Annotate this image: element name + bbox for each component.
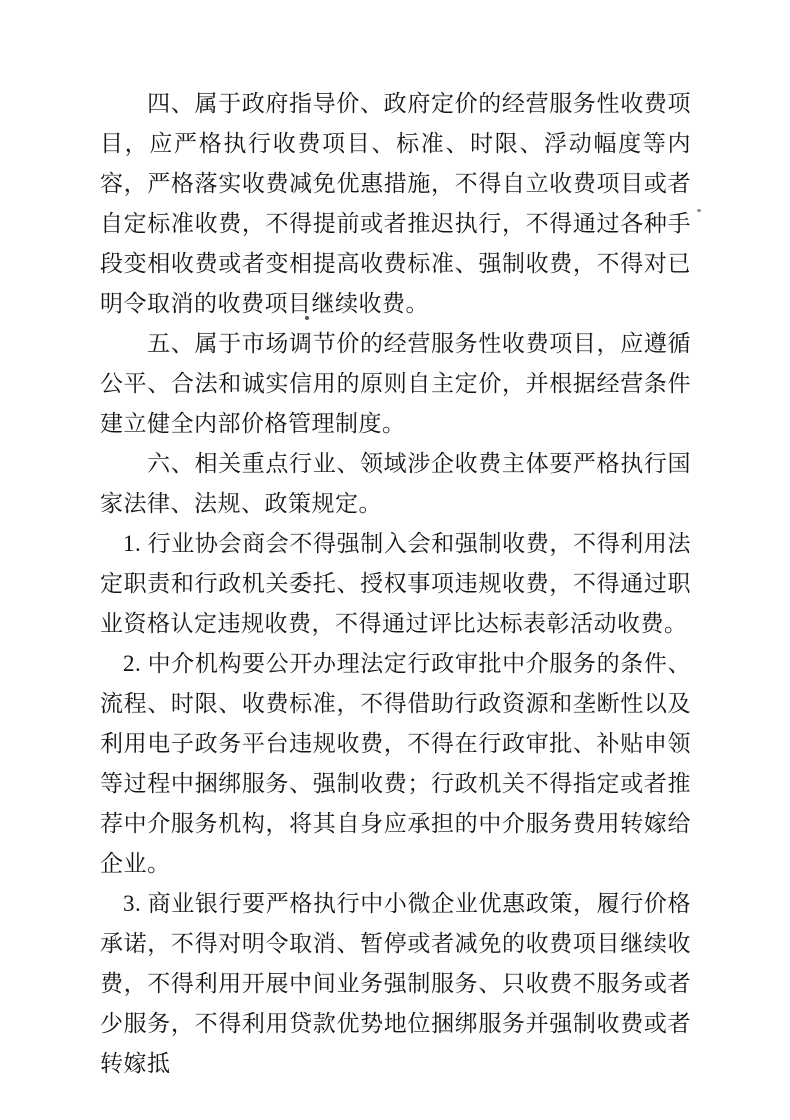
scan-speck	[305, 316, 309, 320]
document-text-block: 四、属于政府指导价、政府定价的经营服务性收费项目，应严格执行收费项目、标准、时限…	[100, 84, 691, 1084]
paragraph-clause-4: 四、属于政府指导价、政府定价的经营服务性收费项目，应严格执行收费项目、标准、时限…	[100, 84, 691, 324]
paragraph-clause-5: 五、属于市场调节价的经营服务性收费项目，应遵循公平、合法和诚实信用的原则自主定价…	[100, 324, 691, 444]
paragraph-item-1: 1. 行业协会商会不得强制入会和强制收费，不得利用法定职责和行政机关委托、授权事…	[100, 524, 691, 644]
scan-speck	[305, 977, 309, 980]
paragraph-clause-6: 六、相关重点行业、领域涉企收费主体要严格执行国家法律、法规、政策规定。	[100, 444, 691, 524]
scan-speck	[697, 209, 701, 212]
paragraph-item-3: 3. 商业银行要严格执行中小微企业优惠政策，履行价格承诺，不得对明令取消、暂停或…	[100, 884, 691, 1084]
paragraph-item-2: 2. 中介机构要公开办理法定行政审批中介服务的条件、流程、时限、收费标准，不得借…	[100, 644, 691, 884]
scanned-document-page: 四、属于政府指导价、政府定价的经营服务性收费项目，应严格执行收费项目、标准、时限…	[0, 0, 790, 1120]
